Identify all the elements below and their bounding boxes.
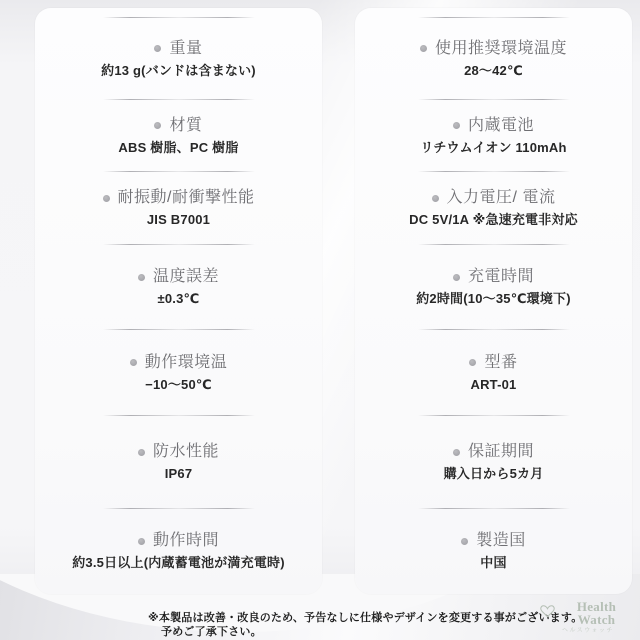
spec-item-waterproof: 防水性能 IP67 — [35, 416, 322, 508]
spec-label: 耐振動/耐衝撃性能 — [118, 190, 255, 206]
footer-disclaimer-line1: ※本製品は改善・改良のため、予告なしに仕様やデザインを変更する事がございます。 — [148, 612, 582, 626]
spec-value: 約3.5日以上(内蔵蓄電池が満充電時) — [72, 556, 285, 569]
spec-value: 28〜42℃ — [464, 64, 523, 77]
brand-logo-text: Health Watch — [557, 600, 636, 626]
spec-item-shock-resistance: 耐振動/耐衝撃性能 JIS B7001 — [35, 172, 322, 244]
spec-value: ±0.3℃ — [158, 292, 200, 305]
spec-item-recommended-temperature: 使用推奨環境温度 28〜42℃ — [355, 18, 632, 99]
spec-label: 温度誤差 — [153, 269, 219, 285]
bullet-dot-icon — [461, 538, 468, 545]
spec-value: 約13 g(バンドは含まない) — [101, 64, 256, 77]
spec-item-charging-time: 充電時間 約2時間(10〜35℃環境下) — [355, 245, 632, 329]
spec-value: ABS 樹脂、PC 樹脂 — [118, 141, 238, 154]
footer-disclaimer: ※本製品は改善・改良のため、予告なしに仕様やデザインを変更する事がございます。 … — [148, 612, 582, 640]
spec-value: JIS B7001 — [147, 213, 210, 226]
spec-label: 入力電圧/ 電流 — [447, 190, 556, 206]
bullet-dot-icon — [469, 359, 476, 366]
spec-label: 材質 — [169, 118, 202, 134]
spec-label: 重量 — [169, 41, 202, 57]
bullet-dot-icon — [130, 359, 137, 366]
spec-value: DC 5V/1A ※急速充電非対応 — [409, 213, 578, 226]
spec-label: 保証期間 — [468, 444, 534, 460]
bullet-dot-icon — [138, 274, 145, 281]
spec-value: IP67 — [165, 467, 193, 480]
brand-logo: Health Watch ヘルスウォッチ — [540, 600, 636, 634]
spec-label: 使用推奨環境温度 — [435, 41, 567, 57]
spec-value: 約2時間(10〜35℃環境下) — [416, 292, 571, 305]
spec-item-operating-time: 動作時間 約3.5日以上(内蔵蓄電池が満充電時) — [35, 509, 322, 593]
bullet-dot-icon — [420, 45, 427, 52]
spec-item-country-of-origin: 製造国 中国 — [355, 509, 632, 593]
spec-label: 動作時間 — [153, 533, 219, 549]
bullet-dot-icon — [103, 195, 110, 202]
spec-item-temperature-accuracy: 温度誤差 ±0.3℃ — [35, 245, 322, 329]
spec-item-weight: 重量 約13 g(バンドは含まない) — [35, 18, 322, 99]
spec-item-battery: 内蔵電池 リチウムイオン 110mAh — [355, 100, 632, 171]
brand-logo-subtitle: ヘルスウォッチ — [540, 628, 636, 634]
spec-value: リチウムイオン 110mAh — [420, 141, 566, 154]
spec-label: 型番 — [484, 355, 517, 371]
bullet-dot-icon — [453, 122, 460, 129]
bullet-dot-icon — [432, 195, 439, 202]
spec-label: 製造国 — [476, 533, 526, 549]
spec-item-model-number: 型番 ART-01 — [355, 330, 632, 415]
spec-label: 防水性能 — [153, 444, 219, 460]
spec-label: 内蔵電池 — [468, 118, 534, 134]
spec-item-operating-environment: 動作環境温 −10〜50℃ — [35, 330, 322, 415]
spec-value: ART-01 — [471, 378, 517, 391]
spec-label: 動作環境温 — [145, 355, 228, 371]
spec-value: 中国 — [480, 556, 506, 569]
spec-item-material: 材質 ABS 樹脂、PC 樹脂 — [35, 100, 322, 171]
spec-card-right: 使用推奨環境温度 28〜42℃ 内蔵電池 リチウムイオン 110mAh 入力電圧… — [355, 8, 632, 594]
bullet-dot-icon — [138, 538, 145, 545]
heart-icon — [540, 604, 555, 623]
spec-label: 充電時間 — [468, 269, 534, 285]
spec-value: 購入日から5カ月 — [444, 467, 544, 480]
spec-value: −10〜50℃ — [145, 378, 212, 391]
bullet-dot-icon — [453, 274, 460, 281]
spec-item-warranty: 保証期間 購入日から5カ月 — [355, 416, 632, 508]
spec-card-left: 重量 約13 g(バンドは含まない) 材質 ABS 樹脂、PC 樹脂 耐振動/耐… — [35, 8, 322, 594]
bullet-dot-icon — [453, 449, 460, 456]
spec-item-input-voltage: 入力電圧/ 電流 DC 5V/1A ※急速充電非対応 — [355, 172, 632, 244]
bullet-dot-icon — [154, 122, 161, 129]
footer-disclaimer-line2: 予めご了承下さい。 — [148, 626, 582, 640]
bullet-dot-icon — [154, 45, 161, 52]
bullet-dot-icon — [138, 449, 145, 456]
